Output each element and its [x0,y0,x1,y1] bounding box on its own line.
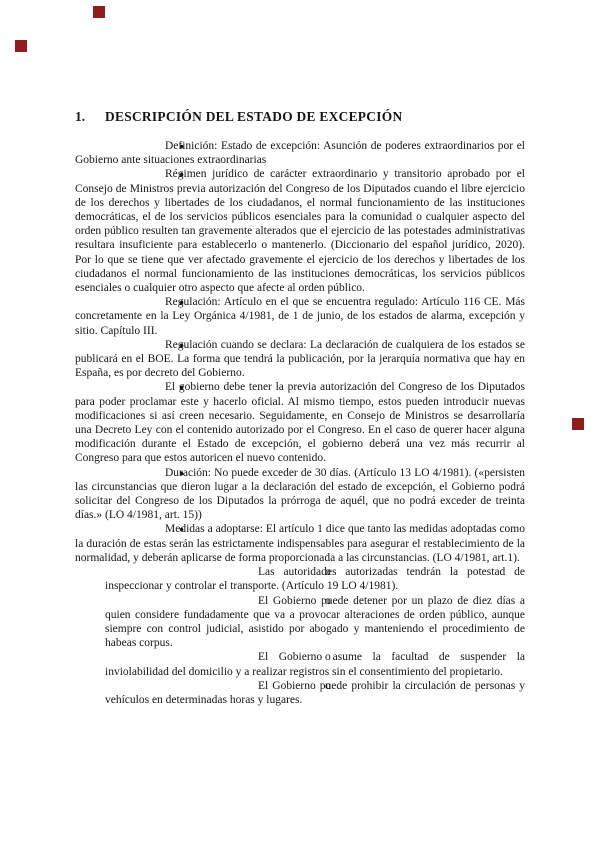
sub-bullet-item-circulacion: oEl Gobierno puede prohibir la circulaci… [105,679,525,707]
sub-bullet-text: El Gobierno asume la facultad de suspend… [105,651,525,677]
bullet-icon: ● [127,466,165,480]
bullet-item-regimen-juridico: ●Régimen jurídico de carácter extraordin… [75,167,525,295]
sub-bullet-icon: o [215,650,258,664]
sub-bullet-icon: o [215,594,258,608]
bullet-icon: ● [127,295,165,309]
sub-bullet-item-detencion: oEl Gobierno puede detener por un plazo … [105,594,525,651]
bullet-icon: ● [127,338,165,352]
bullet-item-definicion: ●Definición: Estado de excepción: Asunci… [75,139,525,167]
section-heading: 1.DESCRIPCIÓN DEL ESTADO DE EXCEPCIÓN [75,108,525,125]
sub-bullet-icon: o [215,679,258,693]
bullet-item-regulacion: ●Regulación: Artículo en el que se encue… [75,295,525,338]
sub-bullet-text: El Gobierno puede detener por un plazo d… [105,595,525,650]
sub-bullet-item-domicilio: oEl Gobierno asume la facultad de suspen… [105,650,525,678]
sub-bullet-text: El Gobierno puede prohibir la circulació… [105,680,525,706]
bullet-icon: ● [127,139,165,153]
red-marker-square [93,6,105,18]
section-number: 1. [75,108,105,125]
bullet-icon: ● [127,167,165,181]
sub-bullet-text: Las autoridades autorizadas tendrán la p… [105,566,525,592]
bullet-icon: ● [127,522,165,536]
document-page: 1.DESCRIPCIÓN DEL ESTADO DE EXCEPCIÓN ●D… [0,0,600,848]
bullet-item-regulacion-declara: ●Regulación cuando se declara: La declar… [75,338,525,381]
bullet-text: Régimen jurídico de carácter extraordina… [75,168,525,294]
bullet-item-duracion: ●Duración: No puede exceder de 30 días. … [75,466,525,523]
sub-bullet-icon: o [215,565,258,579]
section-title: DESCRIPCIÓN DEL ESTADO DE EXCEPCIÓN [105,109,402,124]
sub-bullet-item-transporte: oLas autoridades autorizadas tendrán la … [105,565,525,593]
bullet-icon: ● [127,380,165,394]
bullet-item-autorizacion-congreso: ●El gobierno debe tener la previa autori… [75,380,525,465]
bullet-item-medidas: ●Medidas a adoptarse: El artículo 1 dice… [75,522,525,565]
red-marker-square [572,418,584,430]
document-content: 1.DESCRIPCIÓN DEL ESTADO DE EXCEPCIÓN ●D… [75,108,525,707]
red-marker-square [15,40,27,52]
